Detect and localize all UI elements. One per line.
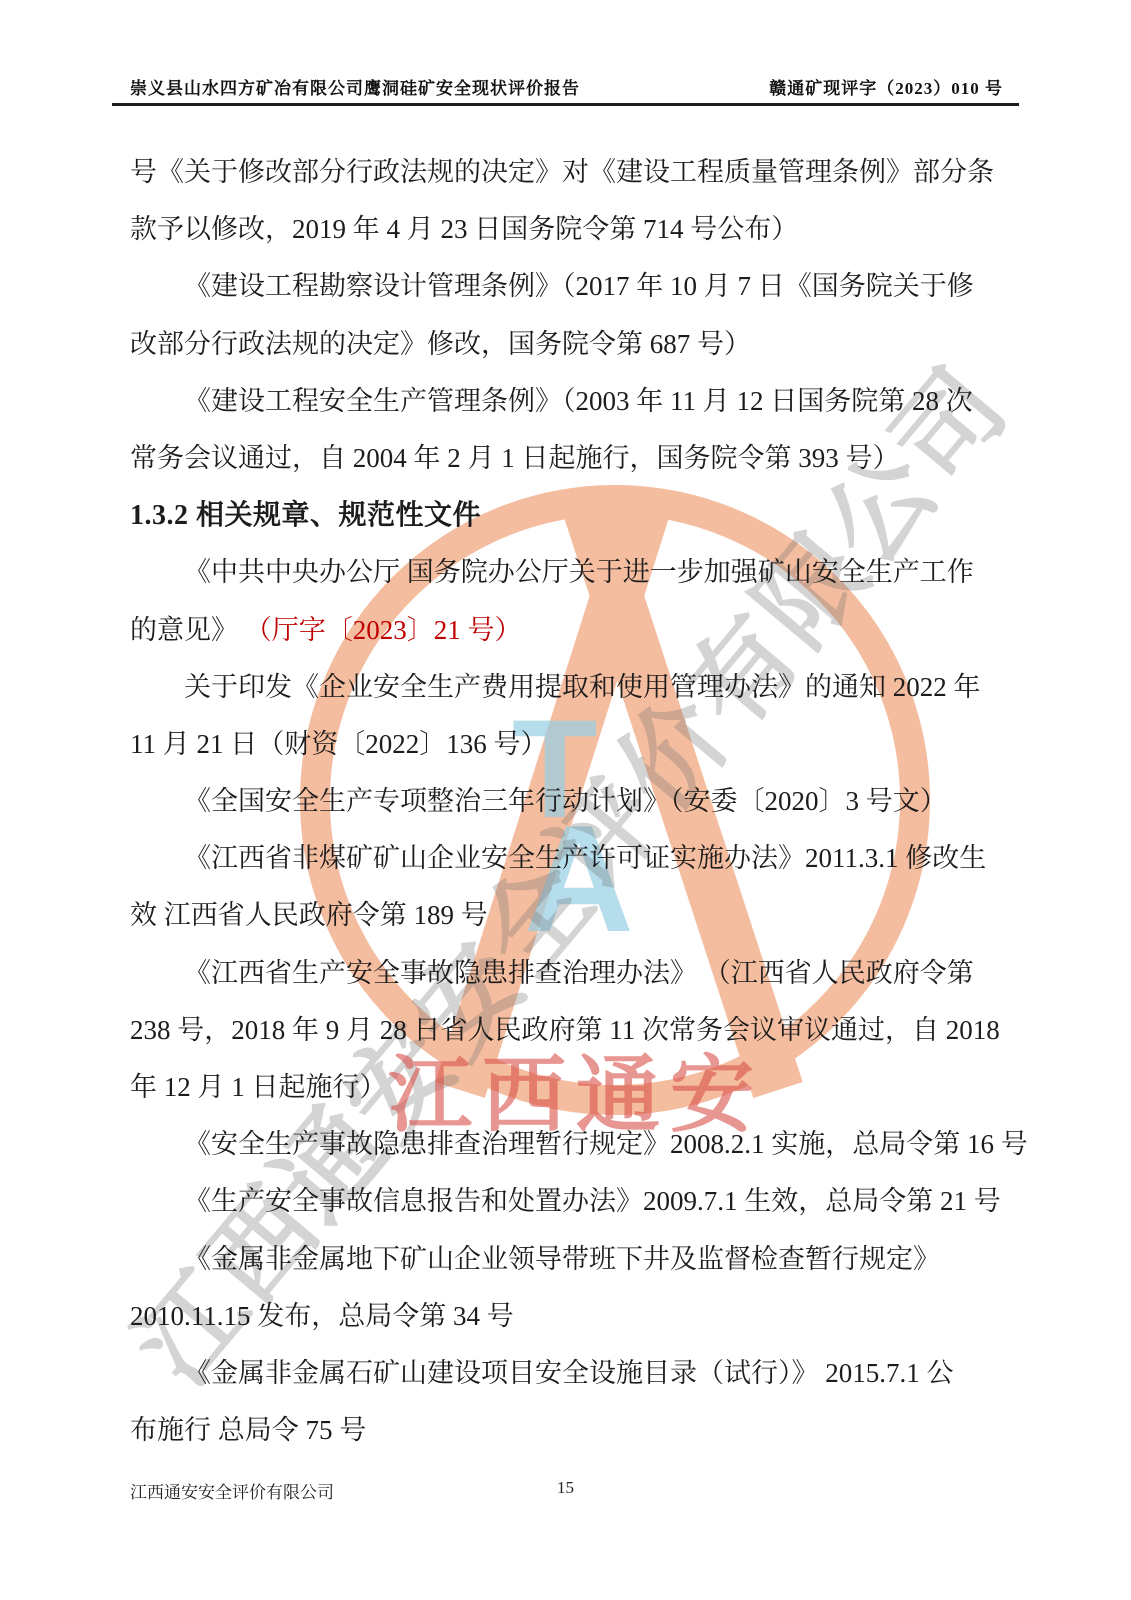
line-text: 《建设工程安全生产管理条例》（2003 年 11 月 12 日国务院第 28 次: [184, 386, 973, 416]
body-line: 《生产安全事故信息报告和处置办法》2009.7.1 生效，总局令第 21 号: [130, 1173, 1010, 1230]
body-line: 的意见》 （厅字〔2023〕21 号）: [130, 602, 1010, 659]
body-line: 关于印发《企业安全生产费用提取和使用管理办法》的通知 2022 年: [130, 659, 1010, 716]
line-text: 常务会议通过，自 2004 年 2 月 1 日起施行，国务院令第 393 号）: [130, 443, 900, 473]
body-line: 《江西省生产安全事故隐患排查治理办法》 （江西省人民政府令第: [130, 945, 1010, 1002]
body-line: 《建设工程勘察设计管理条例》（2017 年 10 月 7 日《国务院关于修: [130, 258, 1010, 315]
line-text: 《金属非金属石矿山建设项目安全设施目录（试行）》 2015.7.1 公: [184, 1358, 954, 1388]
line-text: 《金属非金属地下矿山企业领导带班下井及监督检查暂行规定》: [184, 1244, 940, 1274]
body-line: 改部分行政法规的决定》修改，国务院令第 687 号）: [130, 316, 1010, 373]
body-line: 年 12 月 1 日起施行）: [130, 1059, 1010, 1116]
body-line: 《全国安全生产专项整治三年行动计划》（安委〔2020〕3 号文）: [130, 773, 1010, 830]
body-line: 238 号，2018 年 9 月 28 日省人民政府第 11 次常务会议审议通过…: [130, 1002, 1010, 1059]
section-heading: 1.3.2 相关规章、规范性文件: [130, 487, 1010, 544]
body-line: 2010.11.15 发布，总局令第 34 号: [130, 1288, 1010, 1345]
body-line: 《江西省非煤矿矿山企业安全生产许可证实施办法》2011.3.1 修改生: [130, 830, 1010, 887]
line-text: 2010.11.15 发布，总局令第 34 号: [130, 1301, 514, 1331]
body-line: 《中共中央办公厅 国务院办公厅关于进一步加强矿山安全生产工作: [130, 544, 1010, 601]
body-line: 《金属非金属地下矿山企业领导带班下井及监督检查暂行规定》: [130, 1231, 1010, 1288]
line-text: 效 江西省人民政府令第 189 号: [130, 900, 488, 930]
line-text: 《江西省非煤矿矿山企业安全生产许可证实施办法》2011.3.1 修改生: [184, 843, 986, 873]
line-text: 《建设工程勘察设计管理条例》（2017 年 10 月 7 日《国务院关于修: [184, 271, 974, 301]
body-line: 号《关于修改部分行政法规的决定》对《建设工程质量管理条例》部分条: [130, 144, 1010, 201]
footer-company-name: 江西通安安全评价有限公司: [130, 1478, 334, 1503]
line-text: 款予以修改，2019 年 4 月 23 日国务院令第 714 号公布）: [130, 214, 798, 244]
line-text: 改部分行政法规的决定》修改，国务院令第 687 号）: [130, 329, 751, 359]
body-text: 号《关于修改部分行政法规的决定》对《建设工程质量管理条例》部分条款予以修改，20…: [130, 144, 1010, 1459]
header-document-number: 赣通矿现评字（2023）010 号: [769, 74, 1003, 99]
line-text: 238 号，2018 年 9 月 28 日省人民政府第 11 次常务会议审议通过…: [130, 1015, 1000, 1045]
body-line: 《建设工程安全生产管理条例》（2003 年 11 月 12 日国务院第 28 次: [130, 373, 1010, 430]
body-line: 11 月 21 日（财资〔2022〕136 号）: [130, 716, 1010, 773]
line-text: 《全国安全生产专项整治三年行动计划》（安委〔2020〕3 号文）: [184, 786, 947, 816]
line-text: 《生产安全事故信息报告和处置办法》2009.7.1 生效，总局令第 21 号: [184, 1186, 1001, 1216]
body-line: 布施行 总局令 75 号: [130, 1402, 1010, 1459]
body-line: 效 江西省人民政府令第 189 号: [130, 887, 1010, 944]
body-line: 款予以修改，2019 年 4 月 23 日国务院令第 714 号公布）: [130, 201, 1010, 258]
header-report-title: 崇义县山水四方矿冶有限公司鹰洞硅矿安全现状评价报告: [130, 74, 580, 99]
document-page: T A 江西通安安全评价有限公司 江西通安 崇义县山水四方矿冶有限公司鹰洞硅矿安…: [0, 0, 1131, 1600]
line-text: 关于印发《企业安全生产费用提取和使用管理办法》的通知 2022 年: [184, 672, 981, 702]
red-reference-text: （厅字〔2023〕21 号）: [245, 615, 522, 645]
line-text: 《中共中央办公厅 国务院办公厅关于进一步加强矿山安全生产工作: [184, 557, 974, 587]
body-line: 《金属非金属石矿山建设项目安全设施目录（试行）》 2015.7.1 公: [130, 1345, 1010, 1402]
line-text: 号《关于修改部分行政法规的决定》对《建设工程质量管理条例》部分条: [130, 157, 994, 187]
line-text: 布施行 总局令 75 号: [130, 1415, 366, 1445]
line-text: 《江西省生产安全事故隐患排查治理办法》 （江西省人民政府令第: [184, 958, 974, 988]
line-text: 的意见》: [130, 615, 245, 645]
line-text: 1.3.2 相关规章、规范性文件: [130, 500, 481, 531]
body-line: 《安全生产事故隐患排查治理暂行规定》2008.2.1 实施，总局令第 16 号: [130, 1116, 1010, 1173]
header-rule: [112, 103, 1019, 106]
line-text: 《安全生产事故隐患排查治理暂行规定》2008.2.1 实施，总局令第 16 号: [184, 1129, 1028, 1159]
line-text: 年 12 月 1 日起施行）: [130, 1072, 387, 1102]
line-text: 11 月 21 日（财资〔2022〕136 号）: [130, 729, 548, 759]
body-line: 常务会议通过，自 2004 年 2 月 1 日起施行，国务院令第 393 号）: [130, 430, 1010, 487]
